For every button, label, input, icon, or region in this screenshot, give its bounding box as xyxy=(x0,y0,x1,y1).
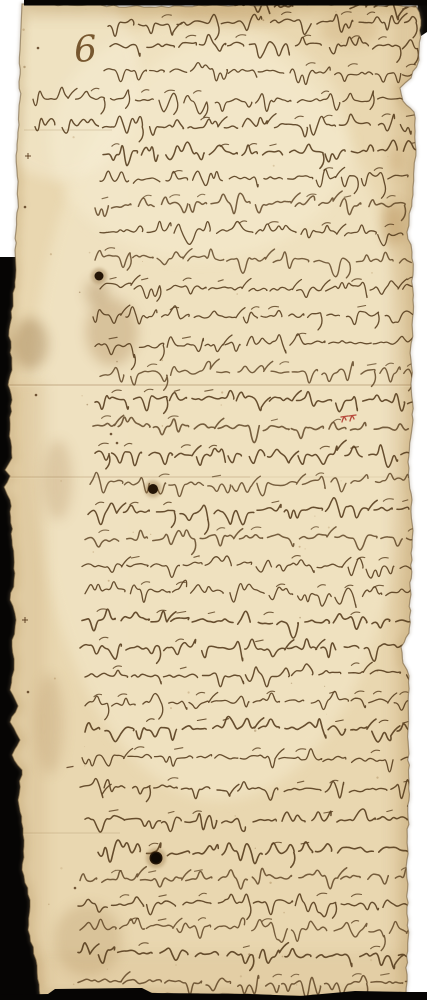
margin-mark xyxy=(35,394,38,397)
speckle xyxy=(60,867,62,869)
margin-mark xyxy=(116,442,119,445)
speckle xyxy=(107,969,108,970)
speckle xyxy=(54,678,56,680)
margin-mark xyxy=(74,887,77,890)
speckle xyxy=(73,136,75,138)
speckle xyxy=(89,252,91,254)
speckle xyxy=(142,261,143,262)
speckle xyxy=(299,617,301,619)
speckle xyxy=(326,714,327,715)
speckle xyxy=(93,551,95,553)
speckle xyxy=(376,777,378,779)
speckle xyxy=(371,272,373,274)
speckle xyxy=(299,546,301,548)
margin-mark xyxy=(110,433,113,436)
speckle xyxy=(221,404,223,406)
ink-blot xyxy=(146,848,166,868)
speckle xyxy=(254,730,256,732)
speckle xyxy=(108,580,110,582)
margin-mark xyxy=(37,47,40,50)
speckle xyxy=(184,25,185,26)
speckle xyxy=(235,815,236,816)
stain xyxy=(12,318,48,370)
speckle xyxy=(79,292,81,294)
page-number: 6 xyxy=(73,28,99,70)
speckle xyxy=(398,87,399,88)
speckle xyxy=(221,391,223,393)
speckle xyxy=(324,686,325,687)
speckle xyxy=(150,534,151,535)
speckle xyxy=(236,293,238,295)
speckle xyxy=(116,361,118,363)
margin-mark xyxy=(24,206,27,209)
speckle xyxy=(387,156,388,157)
speckle xyxy=(240,975,242,977)
speckle xyxy=(48,904,50,906)
stain xyxy=(44,440,72,520)
stain xyxy=(320,14,380,46)
speckle xyxy=(73,984,75,986)
speckle xyxy=(23,66,25,68)
ink-blot xyxy=(145,481,162,498)
speckle xyxy=(341,480,342,481)
margin-mark xyxy=(27,691,30,694)
manuscript-canvas: 6 xyxy=(0,0,427,1000)
speckle xyxy=(296,984,297,985)
speckle xyxy=(85,9,86,10)
speckle xyxy=(188,691,190,693)
speckle xyxy=(50,253,52,255)
stain xyxy=(54,904,122,976)
speckle xyxy=(328,527,330,529)
speckle xyxy=(162,425,164,427)
speckle xyxy=(341,42,342,43)
speckle xyxy=(283,912,285,914)
scan-top-band xyxy=(24,0,427,6)
speckle xyxy=(335,11,337,13)
speckle xyxy=(282,956,284,958)
speckle xyxy=(170,707,172,709)
speckle xyxy=(22,29,24,31)
speckle xyxy=(314,516,315,517)
speckle xyxy=(84,765,85,766)
speckle xyxy=(273,165,275,167)
speckle xyxy=(269,882,271,884)
speckle xyxy=(263,19,265,21)
ink-blot xyxy=(91,268,107,284)
speckle xyxy=(175,964,177,966)
speckle xyxy=(133,532,134,533)
speckle xyxy=(291,683,292,684)
speckle xyxy=(370,959,372,961)
stain xyxy=(86,298,138,366)
speckle xyxy=(255,848,256,849)
speckle xyxy=(84,746,85,747)
speckle xyxy=(60,480,61,481)
stain xyxy=(36,674,64,774)
speckle xyxy=(305,548,306,549)
speckle xyxy=(87,404,89,406)
speckle xyxy=(82,395,83,396)
stain xyxy=(388,146,404,174)
manuscript-photo: 6 xyxy=(0,0,427,1000)
